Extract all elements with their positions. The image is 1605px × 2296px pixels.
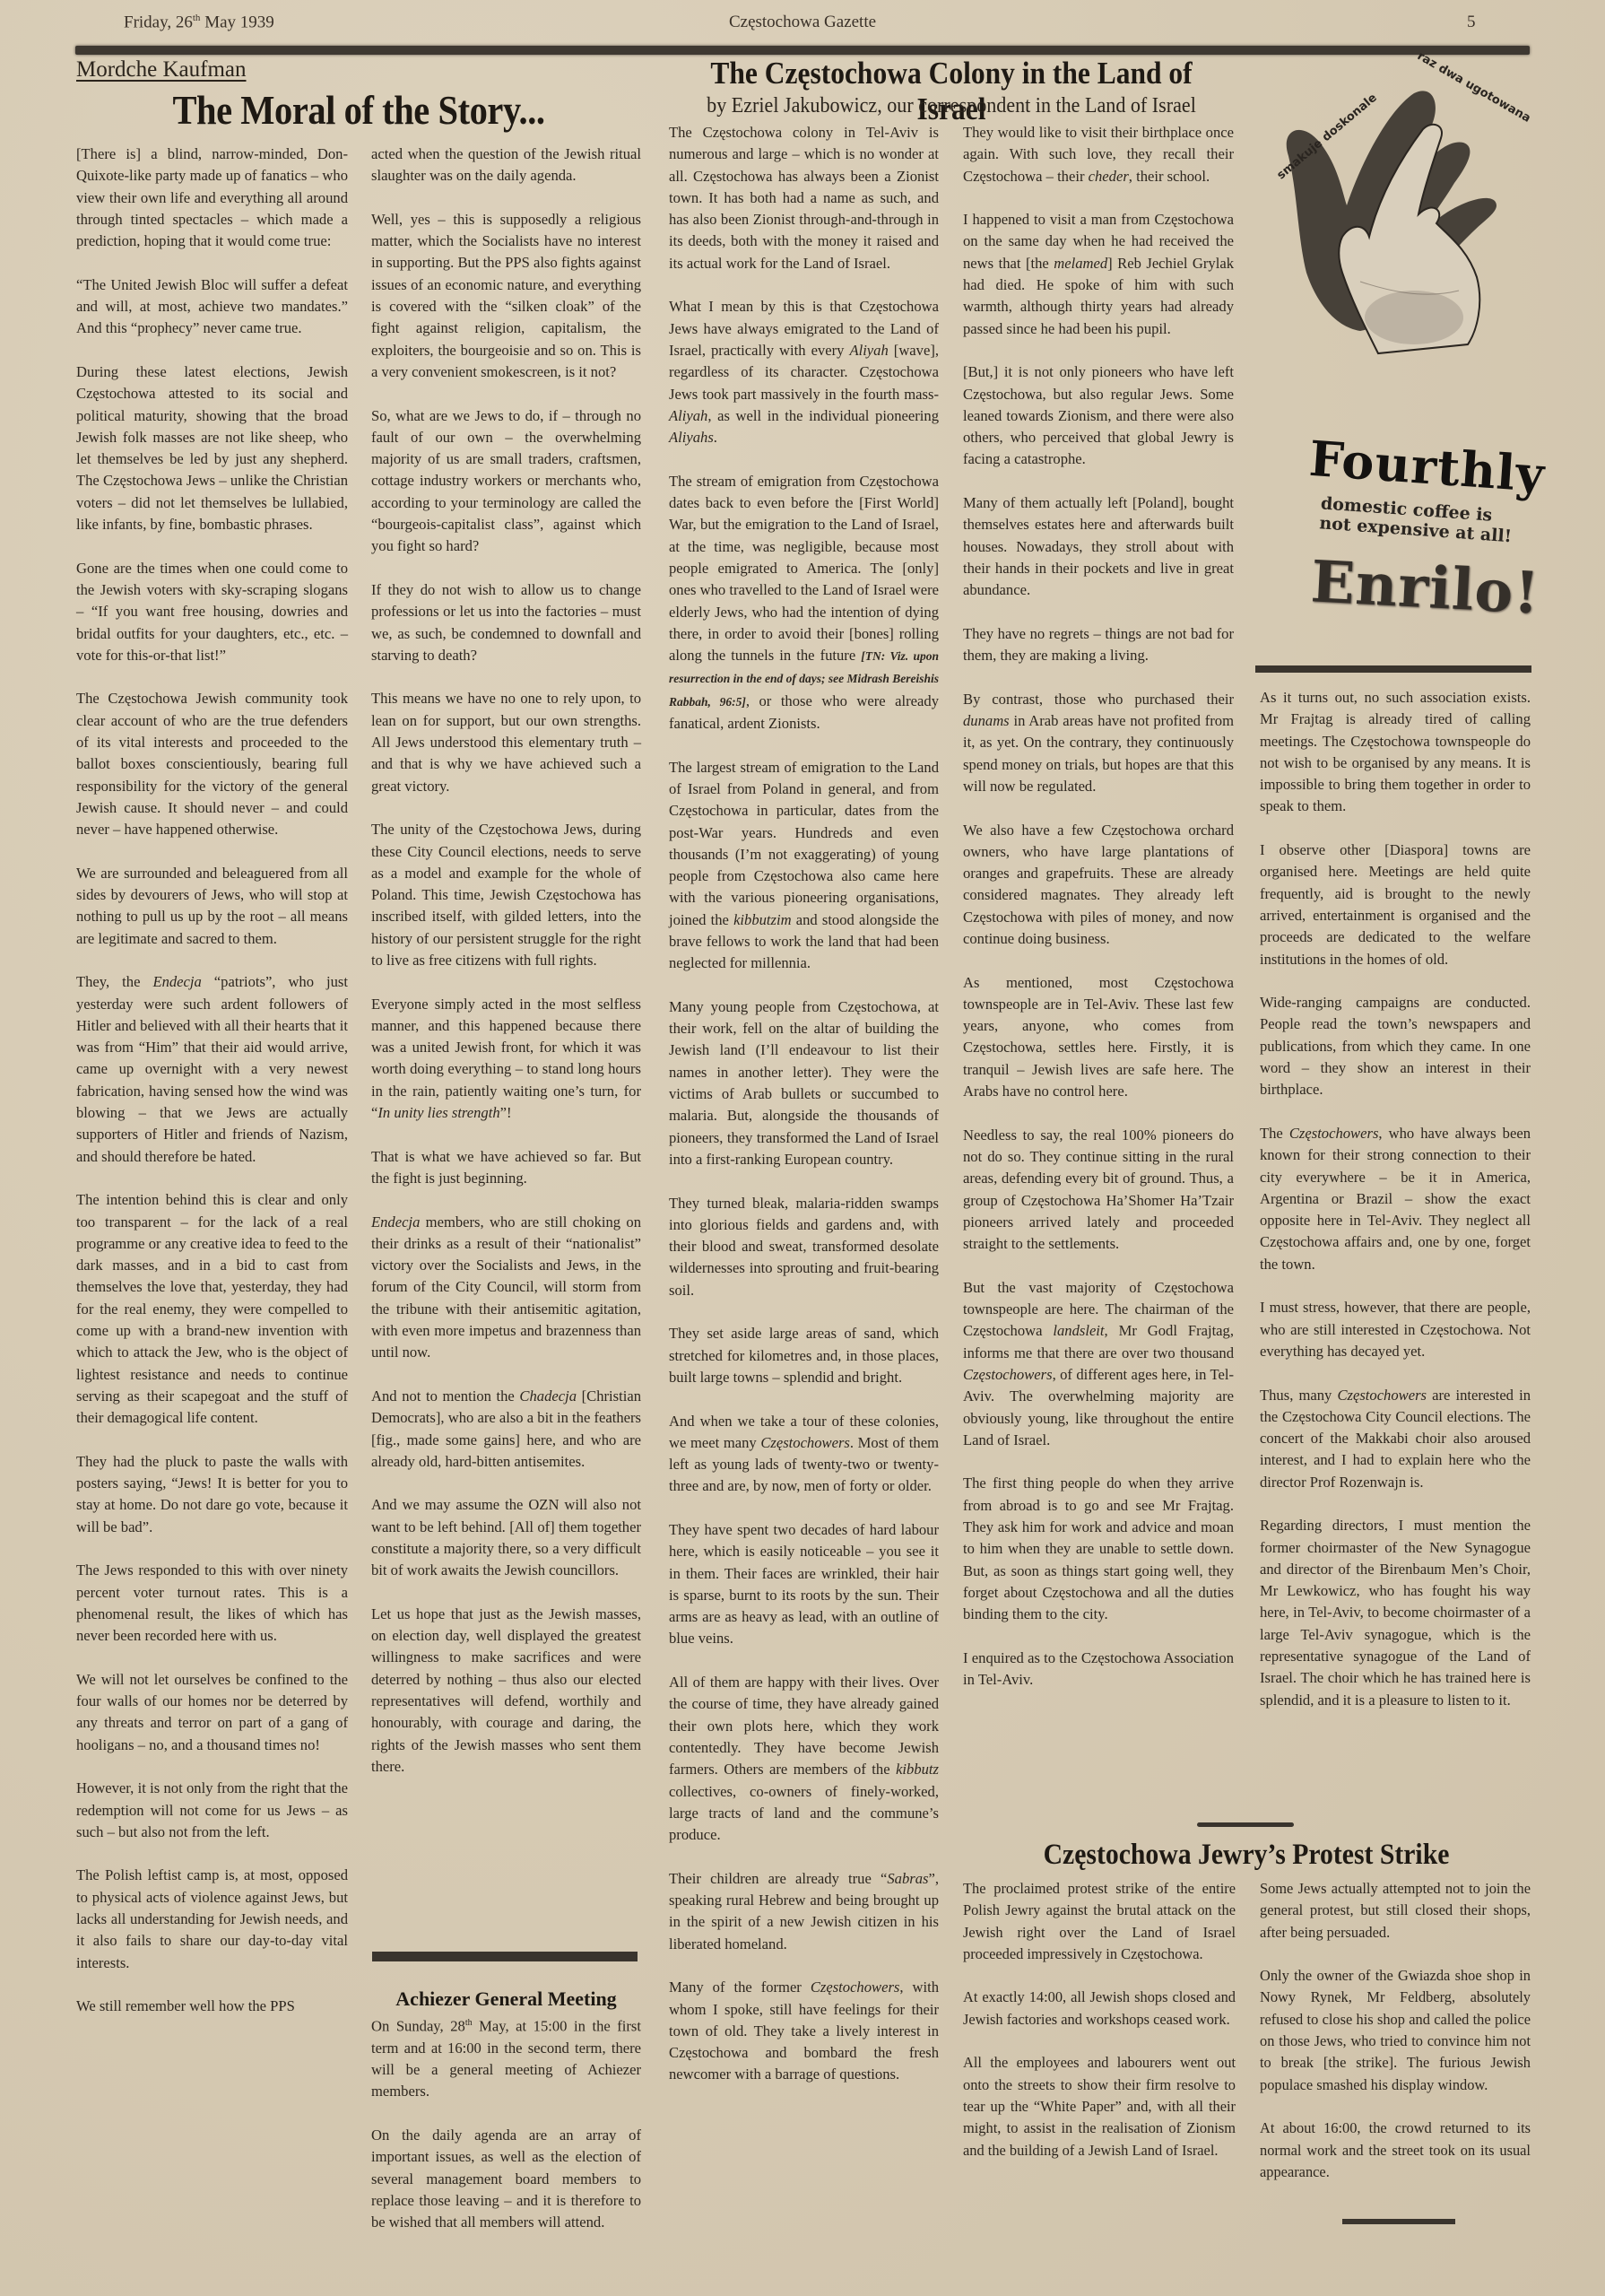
paragraph: Some Jews actually attempted not to join… xyxy=(1260,1878,1531,1944)
paragraph: The largest stream of emigration to the … xyxy=(669,757,939,975)
paragraph: They, the Endecja “patriots”, who just y… xyxy=(76,971,348,1168)
paragraph: We are surrounded and beleaguered from a… xyxy=(76,863,348,950)
paragraph: On Sunday, 28th May, at 15:00 in the fir… xyxy=(371,2013,641,2103)
article-title-strike: Częstochowa Jewry’s Protest Strike xyxy=(980,1839,1513,1872)
paragraph: That is what we have achieved so far. Bu… xyxy=(371,1146,641,1190)
paragraph: All of them are happy with their lives. … xyxy=(669,1672,939,1846)
paragraph: I observe other [Diaspora] towns are org… xyxy=(1260,839,1531,970)
paragraph: What I mean by this is that Częstochowa … xyxy=(669,296,939,448)
paragraph: They would like to visit their birthplac… xyxy=(963,122,1234,187)
hands-illustration-icon xyxy=(1253,57,1531,443)
paragraph: I happened to visit a man from Częstocho… xyxy=(963,209,1234,340)
page-number: 5 xyxy=(1467,13,1476,32)
masthead-rule xyxy=(75,46,1530,55)
paragraph: And we may assume the OZN will also not … xyxy=(371,1494,641,1581)
paragraph: All the employees and labourers went out… xyxy=(963,2052,1236,2161)
paragraph: They have no regrets – things are not ba… xyxy=(963,623,1234,667)
paragraph: The stream of emigration from Częstochow… xyxy=(669,471,939,735)
paragraph: So, what are we Jews to do, if – through… xyxy=(371,405,641,558)
paragraph: At about 16:00, the crowd returned to it… xyxy=(1260,2118,1531,2183)
paragraph: Many young people from Częstochowa, at t… xyxy=(669,996,939,1170)
paragraph: They set aside large areas of sand, whic… xyxy=(669,1323,939,1388)
paragraph: And when we take a tour of these colonie… xyxy=(669,1411,939,1498)
paragraph: The Jews responded to this with over nin… xyxy=(76,1560,348,1647)
paragraph: Well, yes – this is supposedly a religio… xyxy=(371,209,641,383)
paragraph: And not to mention the Chadecja [Christi… xyxy=(371,1386,641,1473)
paragraph: Endecja members, who are still choking o… xyxy=(371,1212,641,1364)
ad-rule xyxy=(1255,665,1531,673)
section-divider xyxy=(372,1952,638,1961)
paragraph: We still remember well how the PPS xyxy=(76,1996,348,2017)
colony-column-3: As it turns out, no such association exi… xyxy=(1260,687,1531,1711)
article-title-moral: The Moral of the Story... xyxy=(110,86,607,134)
article-byline-colony: by Ezriel Jakubowicz, our correspondent … xyxy=(691,94,1211,118)
paragraph: By contrast, those who purchased their d… xyxy=(963,689,1234,797)
paragraph: During these latest elections, Jewish Cz… xyxy=(76,361,348,535)
paragraph: The Częstochowa colony in Tel-Aviv is nu… xyxy=(669,122,939,274)
paragraph: Gone are the times when one could come t… xyxy=(76,558,348,666)
paragraph: We will not let ourselves be confined to… xyxy=(76,1669,348,1756)
paragraph: [There is] a blind, narrow-minded, Don-Q… xyxy=(76,143,348,252)
paragraph: I enquired as to the Częstochowa Associa… xyxy=(963,1648,1234,1692)
moral-column-1: [There is] a blind, narrow-minded, Don-Q… xyxy=(76,143,348,2018)
strike-column-1: The proclaimed protest strike of the ent… xyxy=(963,1878,1236,2161)
moral-column-2: acted when the question of the Jewish ri… xyxy=(371,143,641,1778)
paragraph: The Częstochowa Jewish community took cl… xyxy=(76,688,348,840)
paragraph: Regarding directors, I must mention the … xyxy=(1260,1515,1531,1711)
paragraph: However, it is not only from the right t… xyxy=(76,1778,348,1843)
paragraph: As it turns out, no such association exi… xyxy=(1260,687,1531,818)
paper-title: Częstochowa Gazette xyxy=(0,13,1605,32)
paragraph: At exactly 14:00, all Jewish shops close… xyxy=(963,1987,1236,2031)
paragraph: “The United Jewish Bloc will suffer a de… xyxy=(76,274,348,340)
section-divider xyxy=(1197,1822,1294,1827)
paragraph: Needless to say, the real 100% pioneers … xyxy=(963,1125,1234,1256)
paragraph: This means we have no one to rely upon, … xyxy=(371,688,641,796)
article-end-rule xyxy=(1342,2219,1455,2224)
colony-column-2: They would like to visit their birthplac… xyxy=(963,122,1234,1691)
paragraph: Only the owner of the Gwiazda shoe shop … xyxy=(1260,1965,1531,2096)
paragraph: Their children are already true “Sabras”… xyxy=(669,1868,939,1955)
paragraph: Let us hope that just as the Jewish mass… xyxy=(371,1604,641,1778)
paragraph: But the vast majority of Częstochowa tow… xyxy=(963,1277,1234,1451)
achiezer-body: On Sunday, 28th May, at 15:00 in the fir… xyxy=(371,2013,641,2234)
paragraph: On the daily agenda are an array of impo… xyxy=(371,2125,641,2233)
paragraph: As mentioned, most Częstochowa townspeop… xyxy=(963,972,1234,1103)
paragraph: They had the pluck to paste the walls wi… xyxy=(76,1451,348,1538)
colony-column-1: The Częstochowa colony in Tel-Aviv is nu… xyxy=(669,122,939,2086)
paragraph: acted when the question of the Jewish ri… xyxy=(371,143,641,187)
article-title-achiezer: Achiezer General Meeting xyxy=(371,1987,641,2011)
paragraph: The first thing people do when they arri… xyxy=(963,1473,1234,1625)
paragraph: Many of them actually left [Poland], bou… xyxy=(963,492,1234,601)
paragraph: They turned bleak, malaria-ridden swamps… xyxy=(669,1193,939,1301)
paragraph: Wide-ranging campaigns are conducted. Pe… xyxy=(1260,992,1531,1100)
paragraph: The Częstochowers, who have always been … xyxy=(1260,1123,1531,1275)
paragraph: [But,] it is not only pioneers who have … xyxy=(963,361,1234,470)
paragraph: Everyone simply acted in the most selfle… xyxy=(371,994,641,1125)
paragraph: The proclaimed protest strike of the ent… xyxy=(963,1878,1236,1965)
ad-brand: Enrilo! xyxy=(1309,548,1541,627)
paragraph: We also have a few Częstochowa orchard o… xyxy=(963,820,1234,951)
paragraph: Thus, many Częstochowers are interested … xyxy=(1260,1385,1531,1493)
paragraph: The unity of the Częstochowa Jews, durin… xyxy=(371,819,641,971)
article-author: Mordche Kaufman xyxy=(76,57,247,83)
paragraph: Many of the former Częstochowers, with w… xyxy=(669,1977,939,2085)
strike-column-2: Some Jews actually attempted not to join… xyxy=(1260,1878,1531,2183)
paragraph: If they do not wish to allow us to chang… xyxy=(371,579,641,666)
paragraph: The intention behind this is clear and o… xyxy=(76,1189,348,1429)
paragraph: I must stress, however, that there are p… xyxy=(1260,1297,1531,1362)
paragraph: The Polish leftist camp is, at most, opp… xyxy=(76,1865,348,1973)
paragraph: They have spent two decades of hard labo… xyxy=(669,1519,939,1650)
